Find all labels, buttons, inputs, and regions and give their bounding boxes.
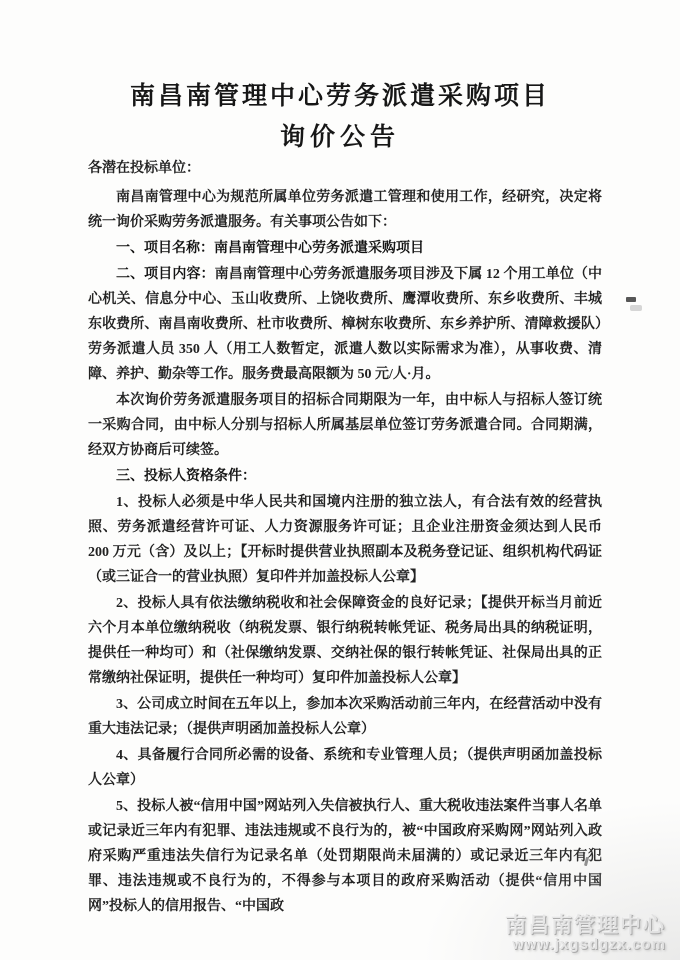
document-body: 各潜在投标单位： 南昌南管理中心为规范所属单位劳务派遣工管理和使用工作，经研究，… <box>88 156 602 920</box>
watermark-site-url: www.jxgsdgzx.com <box>505 937 666 953</box>
paragraph-lead: 二、项目内容： <box>116 267 215 282</box>
paragraph-text: 本次询价劳务派遣服务项目的招标合同期限为一年，由中标人与招标人签订统一采购合同，… <box>88 393 602 458</box>
paragraph-text: 4、具备履行合同所必需的设备、系统和专业管理人员；（提供声明函加盖投标人公章） <box>88 748 602 788</box>
document-title: 南昌南管理中心劳务派遣采购项目 询价公告 <box>0 76 680 158</box>
paragraph-qualification-1: 1、投标人必须是中华人民共和国境内注册的独立法人，有合法有效的经营执照、劳务派遣… <box>88 490 602 590</box>
paragraph-section-3-qualifications: 三、投标人资格条件： <box>88 464 602 489</box>
paragraph-qualification-4: 4、具备履行合同所必需的设备、系统和专业管理人员；（提供声明函加盖投标人公章） <box>88 743 602 793</box>
scan-artifact-smudge <box>630 305 642 311</box>
paragraph-qualification-2: 2、投标人具有依法缴纳税收和社会保障资金的良好记录；【提供开标当月前近六个月本单… <box>88 591 602 691</box>
paragraph-text: 2、投标人具有依法缴纳税收和社会保障资金的良好记录；【提供开标当月前近六个月本单… <box>88 596 602 686</box>
paragraph-text: 3、公司成立时间在五年以上，参加本次采购活动前三年内，在经营活动中没有重大违法记… <box>88 697 602 737</box>
scan-artifact-speck <box>626 297 636 302</box>
paragraph-lead: 三、投标人资格条件： <box>116 469 256 484</box>
paragraph-text: 南昌南管理中心劳务派遣服务项目涉及下属 12 个用工单位（中心机关、信息分中心、… <box>88 267 602 382</box>
paragraph-lead: 一、项目名称：南昌南管理中心劳务派遣采购项目 <box>116 241 424 256</box>
paragraph-section-2-project-content: 二、项目内容：南昌南管理中心劳务派遣服务项目涉及下属 12 个用工单位（中心机关… <box>88 262 602 387</box>
paragraph-section-1-project-name: 一、项目名称：南昌南管理中心劳务派遣采购项目 <box>88 236 602 261</box>
paragraph-qualification-5: 5、投标人被“信用中国”网站列入失信被执行人、重大税收违法案件当事人名单或记录近… <box>88 794 602 919</box>
paragraph-text: 1、投标人必须是中华人民共和国境内注册的独立法人，有合法有效的经营执照、劳务派遣… <box>88 495 602 585</box>
salutation-line: 各潜在投标单位： <box>88 156 602 181</box>
paragraph-text: 南昌南管理中心为规范所属单位劳务派遣工管理和使用工作，经研究，决定将统一询价采购… <box>88 190 602 230</box>
title-line-1: 南昌南管理中心劳务派遣采购项目 <box>0 76 680 117</box>
scanned-document-page: 南昌南管理中心劳务派遣采购项目 询价公告 各潜在投标单位： 南昌南管理中心为规范… <box>0 0 680 960</box>
site-watermark: 南昌南管理中心 www.jxgsdgzx.com <box>505 915 666 953</box>
paragraph-intro: 南昌南管理中心为规范所属单位劳务派遣工管理和使用工作，经研究，决定将统一询价采购… <box>88 185 602 235</box>
paragraph-text: 5、投标人被“信用中国”网站列入失信被执行人、重大税收违法案件当事人名单或记录近… <box>88 799 602 914</box>
watermark-site-name: 南昌南管理中心 <box>505 915 666 937</box>
title-line-2: 询价公告 <box>0 117 680 158</box>
paragraph-qualification-3: 3、公司成立时间在五年以上，参加本次采购活动前三年内，在经营活动中没有重大违法记… <box>88 692 602 742</box>
paragraph-contract-term: 本次询价劳务派遣服务项目的招标合同期限为一年，由中标人与招标人签订统一采购合同，… <box>88 388 602 463</box>
